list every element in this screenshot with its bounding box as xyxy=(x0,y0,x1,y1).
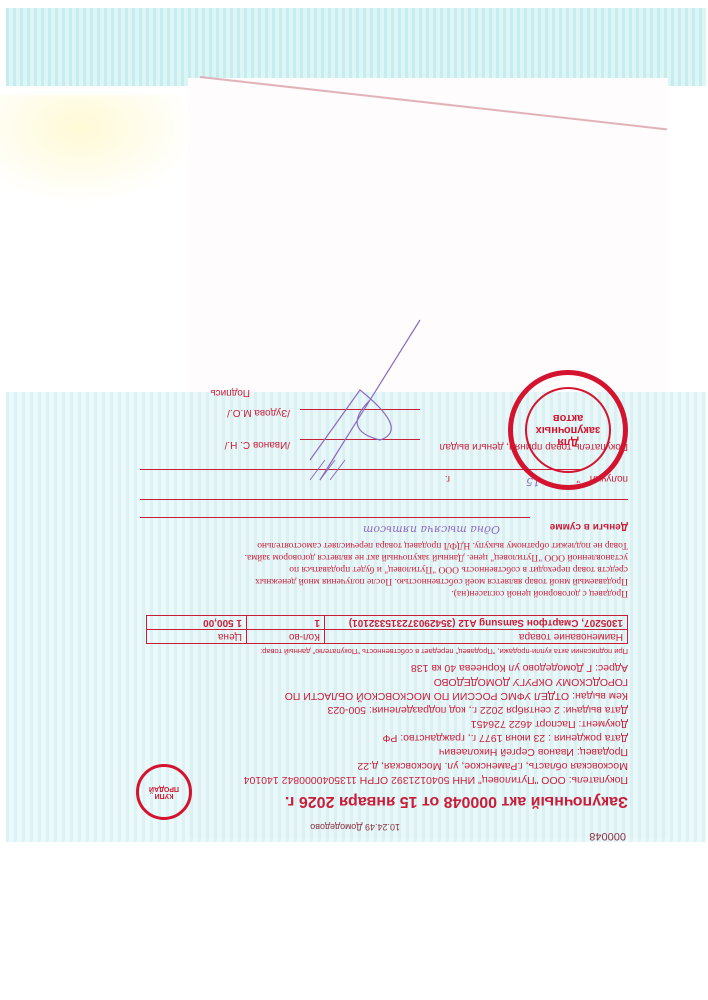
item-qty: 1 xyxy=(247,616,325,629)
money-sum-line xyxy=(140,517,530,518)
handwritten-signature xyxy=(290,310,440,490)
agreement-line-4: установленной ООО "Путиловец" цене. Данн… xyxy=(245,552,628,562)
date-suffix: г. xyxy=(445,473,450,484)
document-title: Закупочный акт 000048 от 15 января 2026 … xyxy=(285,792,628,810)
buyer-address: Московская область, г.Раменское, ул. Мос… xyxy=(357,760,628,772)
header-price: Цена xyxy=(147,630,247,643)
seller-signature-name: /Иванов С. Н./ xyxy=(225,439,290,450)
item-name: 1305207, Смартфон Samsung A12 (354290372… xyxy=(325,616,627,629)
goods-table: Наименование товара Кол-во Цена 1305207,… xyxy=(146,615,628,644)
seller-line: Продавец: Иванов Сергей Николаевич xyxy=(439,746,628,758)
birth-date: Дата рождения : 23 июня 1977 г., граждан… xyxy=(383,732,629,744)
buyer-line: Покупатель: ООО "Путиловец" ИНН 50401213… xyxy=(244,774,628,786)
issue-date: Дата выдачи: 2 сентября 2022 г., код под… xyxy=(328,704,629,716)
table-row: 1305207, Смартфон Samsung A12 (354290372… xyxy=(147,616,627,630)
issued-by-2: ГОРОДСКОМУ ОКРУГУ ДОМОДЕДОВО xyxy=(434,676,628,688)
agreement-line-2: Продаваемый мной товар является моей соб… xyxy=(255,576,628,586)
money-sum-label: Деньги в сумме xyxy=(550,521,628,532)
company-stamp: Для закупочных актов xyxy=(508,370,628,490)
transfer-note: При подписании акта купли-продажи, "Прод… xyxy=(260,647,628,656)
stamp-line-3: актов xyxy=(553,412,583,424)
agreement-line-5: Товар не подлежит обратному выкупу. НДФЛ… xyxy=(257,540,628,550)
serial-number: 000048 xyxy=(589,830,626,842)
address: Адрес: Г Домодедово ул Корнеева 40 кв 13… xyxy=(411,662,628,674)
stamp-line-2: закупочных xyxy=(536,424,601,436)
money-sum-line-2 xyxy=(140,499,628,500)
scan-stain xyxy=(0,95,200,205)
table-header-row: Наименование товара Кол-во Цена xyxy=(147,630,627,643)
stamp-center: Для закупочных актов xyxy=(525,387,611,473)
place-stamp: 10.24.49 Домодедово xyxy=(310,822,400,832)
id-document: Документ: Паспорт 4622 726451 xyxy=(471,718,628,730)
issued-by-1: Кем выдан: ОТДЕЛ УФМС РОССИИ ПО МОСКОВСК… xyxy=(285,690,628,702)
money-sum-handwritten: Одна тысяча пятьсот xyxy=(363,523,500,536)
purchase-act-document: 000048 10.24.49 Домодедово КУПИ ПРОДАЙ З… xyxy=(120,280,640,850)
item-price: 1 500,00 xyxy=(147,616,247,629)
agreement-line-1: Продавец с договорной ценой согласен(на)… xyxy=(451,588,628,598)
logo-stamp: КУПИ ПРОДАЙ xyxy=(136,764,192,820)
agreement-line-3: средств товар переходит в собственность … xyxy=(289,564,628,574)
buyer-signature-name: /Зудова М.О./ xyxy=(227,407,290,418)
stamp-line-1: Для xyxy=(557,436,578,448)
logo-stamp-text: КУПИ ПРОДАЙ xyxy=(139,785,189,799)
header-qty: Кол-во xyxy=(247,630,325,643)
scan-background-band-top xyxy=(6,8,706,86)
signature-label: Подпись xyxy=(210,387,250,398)
header-name: Наименование товара xyxy=(325,630,627,643)
